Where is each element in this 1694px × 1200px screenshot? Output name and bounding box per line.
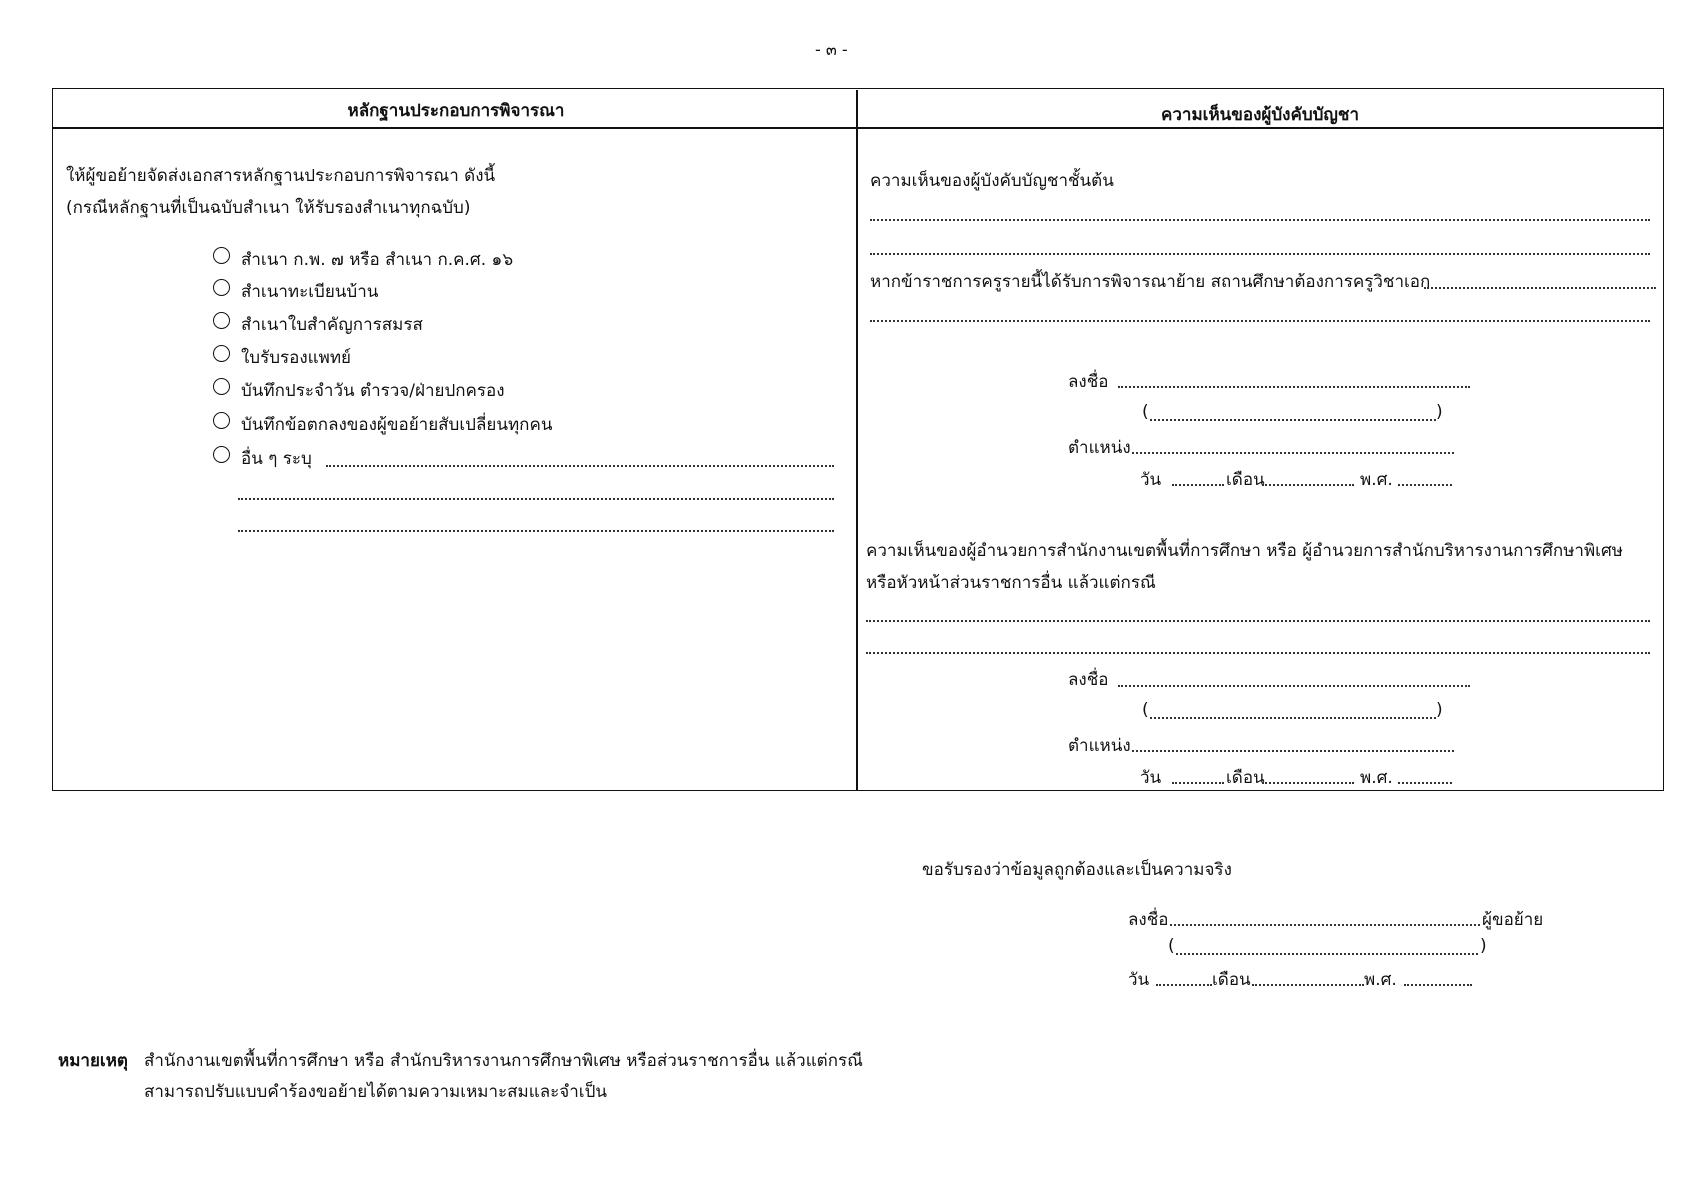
printed-name-field[interactable] bbox=[1150, 419, 1436, 421]
position-field[interactable] bbox=[1132, 452, 1454, 454]
other-specify-field[interactable] bbox=[326, 465, 834, 467]
month-field[interactable] bbox=[1262, 484, 1354, 486]
month-field[interactable] bbox=[1252, 984, 1364, 986]
evidence-intro-note: (กรณีหลักฐานที่เป็นฉบับสำเนา ให้รับรองสำ… bbox=[66, 194, 470, 221]
radio-button[interactable] bbox=[213, 378, 230, 395]
director-opinion-title: ความเห็นของผู้อำนวยการสำนักงานเขตพื้นที่… bbox=[866, 537, 1623, 564]
radio-button[interactable] bbox=[213, 345, 230, 362]
year-field[interactable] bbox=[1398, 484, 1452, 486]
month-label: เดือน bbox=[1226, 466, 1265, 493]
supervisor-opinion-title: ความเห็นของผู้บังคับบัญชาชั้นต้น bbox=[870, 167, 1114, 194]
position-field[interactable] bbox=[1132, 750, 1454, 752]
year-label: พ.ศ. bbox=[1360, 764, 1393, 791]
year-label: พ.ศ. bbox=[1364, 966, 1397, 993]
option-label: สำเนาใบสำคัญการสมรส bbox=[241, 311, 423, 338]
year-field[interactable] bbox=[1398, 782, 1452, 784]
signature-field[interactable] bbox=[1118, 386, 1470, 388]
radio-button[interactable] bbox=[213, 247, 230, 264]
left-column-header: หลักฐานประกอบการพิจารณา bbox=[56, 97, 856, 124]
sign-label: ลงชื่อ bbox=[1128, 906, 1168, 933]
option-label: สำเนา ก.พ. ๗ หรือ สำเนา ก.ค.ศ. ๑๖ bbox=[241, 246, 513, 273]
right-column-header: ความเห็นของผู้บังคับบัญชา bbox=[858, 101, 1662, 128]
position-label: ตำแหน่ง bbox=[1068, 732, 1131, 759]
year-field[interactable] bbox=[1404, 984, 1472, 986]
page-number: - ๓ - bbox=[815, 38, 848, 63]
paren-open: ( bbox=[1142, 402, 1149, 422]
option-label: ใบรับรองแพทย์ bbox=[241, 344, 351, 371]
supervisor-opinion-field-line2[interactable] bbox=[870, 253, 1650, 255]
position-label: ตำแหน่ง bbox=[1068, 434, 1131, 461]
required-major-field[interactable] bbox=[1424, 287, 1656, 289]
day-field[interactable] bbox=[1156, 984, 1212, 986]
applicant-printed-name-field[interactable] bbox=[1176, 953, 1478, 955]
note-label: หมายเหตุ bbox=[58, 1047, 128, 1074]
radio-button[interactable] bbox=[213, 446, 230, 463]
column-divider bbox=[856, 90, 858, 790]
radio-button[interactable] bbox=[213, 312, 230, 329]
director-opinion-field-line2[interactable] bbox=[866, 652, 1650, 654]
day-label: วัน bbox=[1128, 966, 1149, 993]
paren-open: ( bbox=[1168, 936, 1175, 956]
printed-name-field[interactable] bbox=[1150, 717, 1436, 719]
supervisor-opinion-field[interactable] bbox=[870, 219, 1650, 221]
option-label: บันทึกข้อตกลงของผู้ขอย้ายสับเปลี่ยนทุกคน bbox=[241, 411, 552, 438]
paren-close: ) bbox=[1436, 700, 1443, 720]
paren-open: ( bbox=[1142, 700, 1149, 720]
required-major-label: หากข้าราชการครูรายนี้ได้รับการพิจารณาย้า… bbox=[870, 268, 1430, 295]
day-label: วัน bbox=[1140, 466, 1161, 493]
month-label: เดือน bbox=[1212, 966, 1251, 993]
month-field[interactable] bbox=[1262, 782, 1354, 784]
option-label: อื่น ๆ ระบุ bbox=[241, 445, 312, 472]
sign-label: ลงชื่อ bbox=[1068, 666, 1108, 693]
signer-role: ผู้ขอย้าย bbox=[1482, 906, 1543, 933]
month-label: เดือน bbox=[1226, 764, 1265, 791]
evidence-intro: ให้ผู้ขอย้ายจัดส่งเอกสารหลักฐานประกอบการ… bbox=[66, 162, 495, 189]
applicant-signature-field[interactable] bbox=[1170, 924, 1480, 926]
note-line2: สามารถปรับแบบคำร้องขอย้ายได้ตามความเหมาะ… bbox=[144, 1078, 607, 1105]
option-label: สำเนาทะเบียนบ้าน bbox=[241, 278, 378, 305]
other-specify-field-line2[interactable] bbox=[238, 498, 834, 500]
certification-statement: ขอรับรองว่าข้อมูลถูกต้องและเป็นความจริง bbox=[922, 856, 1232, 883]
day-label: วัน bbox=[1140, 764, 1161, 791]
option-label: บันทึกประจำวัน ตำรวจ/ฝ่ายปกครอง bbox=[241, 377, 505, 404]
director-opinion-title-line2: หรือหัวหน้าส่วนราชการอื่น แล้วแต่กรณี bbox=[866, 569, 1156, 596]
year-label: พ.ศ. bbox=[1360, 466, 1393, 493]
director-opinion-field[interactable] bbox=[866, 620, 1650, 622]
note-line1: สำนักงานเขตพื้นที่การศึกษา หรือ สำนักบริ… bbox=[144, 1047, 863, 1074]
day-field[interactable] bbox=[1172, 484, 1224, 486]
paren-close: ) bbox=[1436, 402, 1443, 422]
signature-field[interactable] bbox=[1118, 685, 1470, 687]
other-specify-field-line3[interactable] bbox=[238, 530, 834, 532]
paren-close: ) bbox=[1480, 936, 1487, 956]
day-field[interactable] bbox=[1172, 782, 1224, 784]
radio-button[interactable] bbox=[213, 412, 230, 429]
sign-label: ลงชื่อ bbox=[1068, 368, 1108, 395]
required-major-field-line2[interactable] bbox=[870, 320, 1650, 322]
radio-button[interactable] bbox=[213, 279, 230, 296]
